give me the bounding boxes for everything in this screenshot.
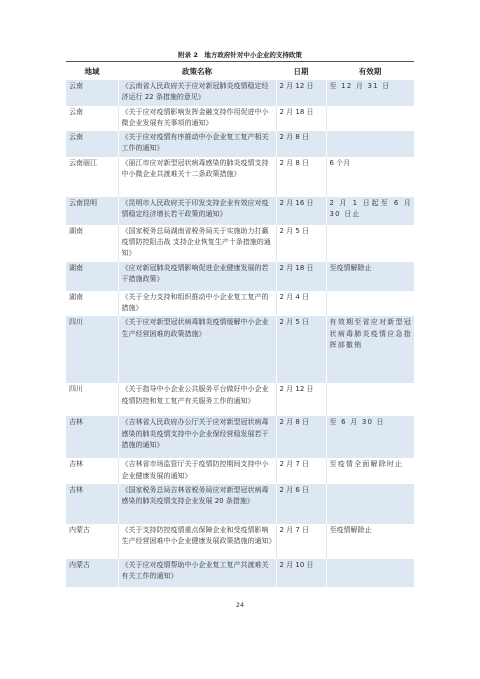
table-row: 四川《关于指导中小企业公共服务平台做好中小企业疫情防控和复工复产有关服务工作的通… [66, 383, 414, 416]
cell-policy-name: 《关于支持防控疫情重点保障企业和受疫情影响生产经营困难中小企业健康发展政策措施的… [118, 524, 276, 559]
cell-region: 云南 [66, 80, 118, 106]
cell-date: 2 月 5 日 [276, 225, 326, 262]
cell-validity: 至疫情解除止 [326, 524, 414, 559]
cell-policy-name: 《云南省人民政府关于应对新冠肺炎疫情稳定经济运行 22 条措施的意见》 [118, 80, 276, 106]
table-row: 四川《关于应对新型冠状病毒肺炎疫情缓解中小企业生产经营困难的政策措施》2 月 5… [66, 316, 414, 383]
cell-date: 2 月 16 日 [276, 197, 326, 225]
cell-policy-name: 《吉林省人民政府办公厅关于应对新型冠状病毒感染的肺炎疫情支持中小企业保经营稳发展… [118, 416, 276, 458]
cell-region: 湖南 [66, 225, 118, 262]
cell-date: 2 月 12 日 [276, 383, 326, 416]
table-row: 湖南《关于全力支持和组织推动中小企业复工复产的措施》2 月 4 日 [66, 291, 414, 317]
cell-region: 四川 [66, 383, 118, 416]
cell-region: 四川 [66, 316, 118, 383]
table-header-row: 地域 政策名称 日期 有效期 [66, 63, 414, 80]
cell-date: 2 月 8 日 [276, 157, 326, 197]
cell-validity: 至 6 月 30 日 [326, 416, 414, 458]
cell-validity: 至疫情全面解除时止 [326, 458, 414, 484]
cell-date: 2 月 18 日 [276, 262, 326, 291]
cell-region: 内蒙古 [66, 524, 118, 559]
cell-region: 云南丽江 [66, 157, 118, 197]
cell-policy-name: 《关于应对疫情影响发挥金融支持作用促进中小微企业发展有关事项的通知》 [118, 106, 276, 132]
table-row: 湖南《国家税务总局湖南省税务局关于实施助力打赢疫情防控阻击战 支持企业恢复生产十… [66, 225, 414, 262]
cell-policy-name: 《丽江市应对新型冠状病毒感染的肺炎疫情支持中小微企业共渡难关十二条政策措施》 [118, 157, 276, 197]
cell-validity [326, 559, 414, 587]
cell-validity [326, 225, 414, 262]
cell-date: 2 月 6 日 [276, 484, 326, 524]
cell-date: 2 月 5 日 [276, 316, 326, 383]
cell-date: 2 月 8 日 [276, 416, 326, 458]
table-row: 云南《云南省人民政府关于应对新冠肺炎疫情稳定经济运行 22 条措施的意见》2 月… [66, 80, 414, 106]
table-row: 云南《关于应对疫情有序推动中小企业复工复产相关工作的通知》2 月 8 日 [66, 131, 414, 157]
page-number: 24 [0, 601, 480, 609]
table-row: 云南丽江《丽江市应对新型冠状病毒感染的肺炎疫情支持中小微企业共渡难关十二条政策措… [66, 157, 414, 197]
table-top-rule [66, 61, 414, 62]
cell-region: 云南 [66, 131, 118, 157]
table-row: 云南《关于应对疫情影响发挥金融支持作用促进中小微企业发展有关事项的通知》2 月 … [66, 106, 414, 132]
table-row: 湖南《应对新冠肺炎疫情影响促进企业健康发展的若干措施政策》2 月 18 日至疫情… [66, 262, 414, 291]
header-region: 地域 [66, 63, 118, 80]
cell-region: 云南昆明 [66, 197, 118, 225]
policy-table: 地域 政策名称 日期 有效期 云南《云南省人民政府关于应对新冠肺炎疫情稳定经济运… [66, 63, 414, 587]
table-row: 云南昆明《昆明市人民政府关于印发支持企业有效应对疫情稳定经济增长若干政策的通知》… [66, 197, 414, 225]
table-caption: 附录 2 地方政府针对中小企业的支持政策 [66, 50, 414, 59]
cell-policy-name: 《关于全力支持和组织推动中小企业复工复产的措施》 [118, 291, 276, 317]
cell-policy-name: 《国家税务总局湖南省税务局关于实施助力打赢疫情防控阻击战 支持企业恢复生产十条措… [118, 225, 276, 262]
cell-validity [326, 106, 414, 132]
header-date: 日期 [276, 63, 326, 80]
cell-date: 2 月 18 日 [276, 106, 326, 132]
cell-validity: 有效期至省应对新型冠状病毒肺炎疫情应急指挥部撤销 [326, 316, 414, 383]
cell-policy-name: 《关于指导中小企业公共服务平台做好中小企业疫情防控和复工复产有关服务工作的通知》 [118, 383, 276, 416]
cell-region: 吉林 [66, 416, 118, 458]
cell-policy-name: 《国家税务总局吉林省税务局应对新型冠状病毒感染的肺炎疫情支持企业发展 20 条措… [118, 484, 276, 524]
table-row: 内蒙古《关于应对疫情帮助中小企业复工复产共渡难关有关工作的通知》2 月 10 日 [66, 559, 414, 587]
cell-validity: 至 12 月 31 日 [326, 80, 414, 106]
cell-policy-name: 《应对新冠肺炎疫情影响促进企业健康发展的若干措施政策》 [118, 262, 276, 291]
cell-date: 2 月 12 日 [276, 80, 326, 106]
cell-region: 内蒙古 [66, 559, 118, 587]
cell-validity [326, 291, 414, 317]
table-body: 云南《云南省人民政府关于应对新冠肺炎疫情稳定经济运行 22 条措施的意见》2 月… [66, 80, 414, 587]
cell-date: 2 月 10 日 [276, 559, 326, 587]
cell-date: 2 月 8 日 [276, 131, 326, 157]
table-row: 内蒙古《关于支持防控疫情重点保障企业和受疫情影响生产经营困难中小企业健康发展政策… [66, 524, 414, 559]
cell-validity [326, 484, 414, 524]
cell-region: 吉林 [66, 458, 118, 484]
cell-policy-name: 《关于应对疫情帮助中小企业复工复产共渡难关有关工作的通知》 [118, 559, 276, 587]
header-validity: 有效期 [326, 63, 414, 80]
cell-date: 2 月 7 日 [276, 458, 326, 484]
cell-policy-name: 《吉林省市场监管厅关于疫情防控期间支持中小企业健康发展的通知》 [118, 458, 276, 484]
table-row: 吉林《吉林省市场监管厅关于疫情防控期间支持中小企业健康发展的通知》2 月 7 日… [66, 458, 414, 484]
header-policy: 政策名称 [118, 63, 276, 80]
cell-date: 2 月 4 日 [276, 291, 326, 317]
cell-date: 2 月 7 日 [276, 524, 326, 559]
cell-region: 湖南 [66, 291, 118, 317]
cell-policy-name: 《关于应对疫情有序推动中小企业复工复产相关工作的通知》 [118, 131, 276, 157]
cell-validity: 至疫情解除止 [326, 262, 414, 291]
cell-validity [326, 131, 414, 157]
cell-policy-name: 《关于应对新型冠状病毒肺炎疫情缓解中小企业生产经营困难的政策措施》 [118, 316, 276, 383]
cell-region: 湖南 [66, 262, 118, 291]
cell-region: 吉林 [66, 484, 118, 524]
table-row: 吉林《国家税务总局吉林省税务局应对新型冠状病毒感染的肺炎疫情支持企业发展 20 … [66, 484, 414, 524]
table-row: 吉林《吉林省人民政府办公厅关于应对新型冠状病毒感染的肺炎疫情支持中小企业保经营稳… [66, 416, 414, 458]
cell-policy-name: 《昆明市人民政府关于印发支持企业有效应对疫情稳定经济增长若干政策的通知》 [118, 197, 276, 225]
cell-validity [326, 383, 414, 416]
cell-validity: 6 个月 [326, 157, 414, 197]
cell-validity: 2 月 1 日起至 6 月 30 日止 [326, 197, 414, 225]
cell-region: 云南 [66, 106, 118, 132]
